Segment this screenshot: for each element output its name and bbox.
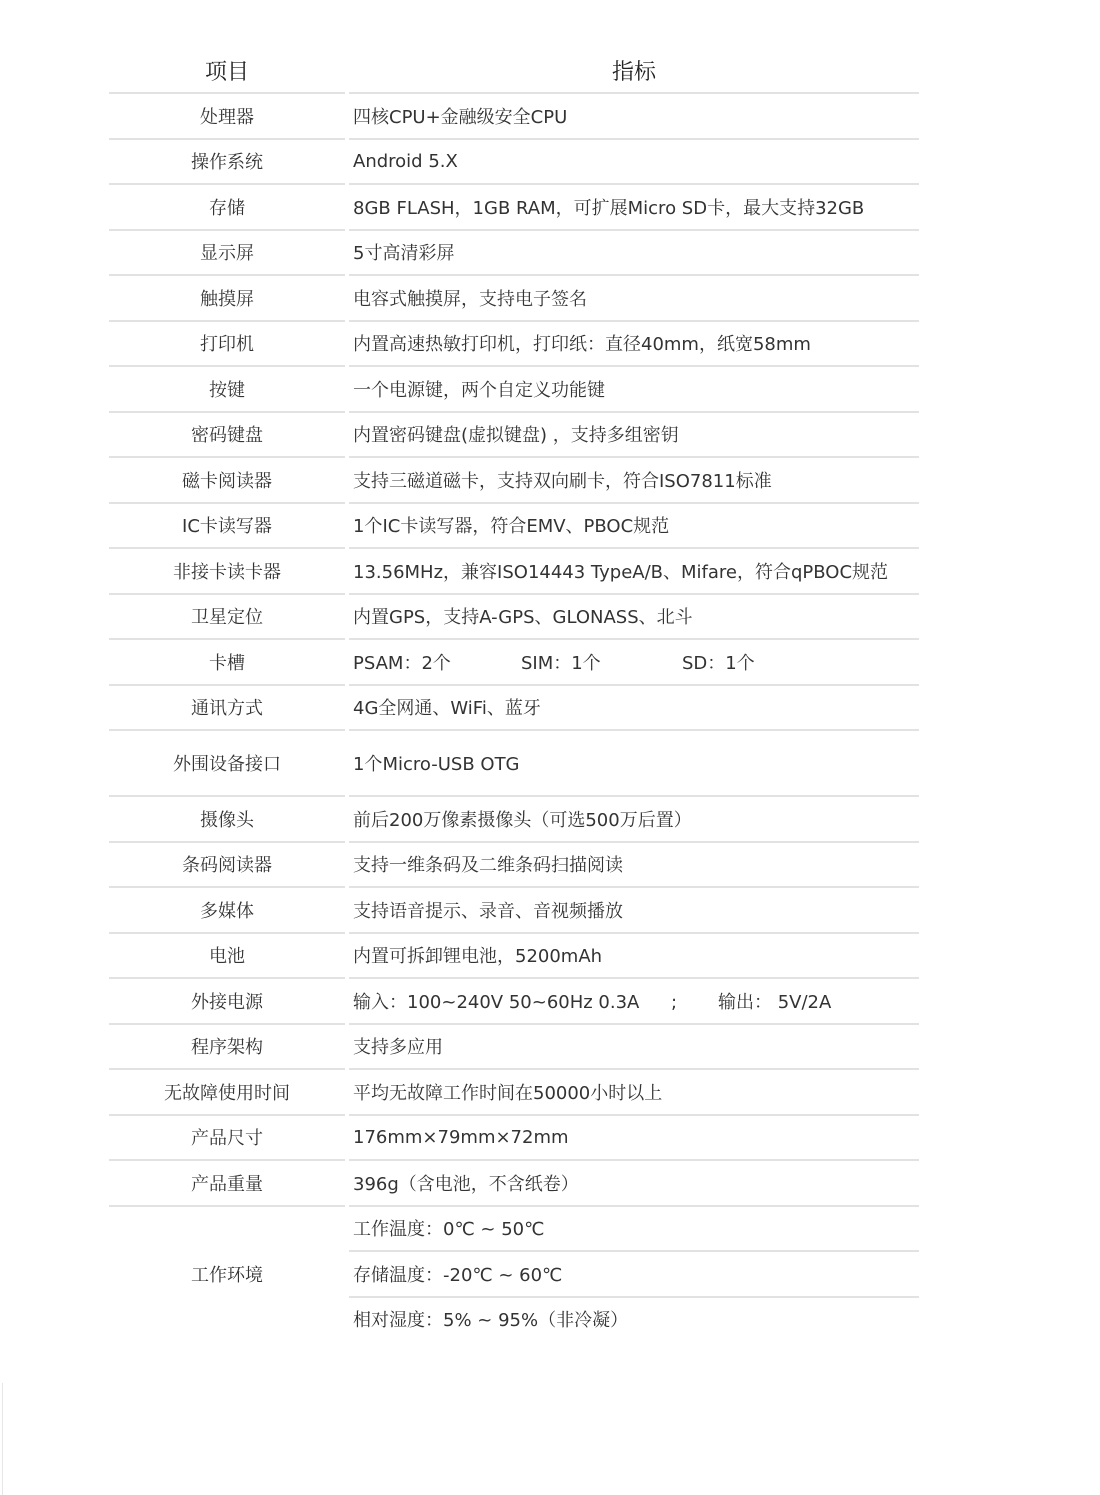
- slot-sim: SIM：1个: [521, 649, 682, 675]
- row-item-weight: 产品重量: [109, 1161, 345, 1207]
- row-value-keys: 一个电源键，两个自定义功能键: [349, 367, 919, 413]
- row-item-barcode: 条码阅读器: [109, 843, 345, 889]
- row-item-display: 显示屏: [109, 231, 345, 277]
- row-value-ic-reader: 1个IC卡读写器，符合EMV、PBOC规范: [349, 504, 919, 550]
- table-row: 卡槽 PSAM：2个SIM：1个SD：1个: [109, 640, 919, 686]
- row-value-dimensions: 176mm×79mm×72mm: [349, 1116, 919, 1162]
- row-item-storage: 存储: [109, 185, 345, 231]
- row-value-storage: 8GB FLASH，1GB RAM，可扩展Micro SD卡，最大支持32GB: [349, 185, 919, 231]
- row-value-pinpad: 内置密码键盘(虚拟键盘) ，支持多组密钥: [349, 413, 919, 459]
- row-value-architecture: 支持多应用: [349, 1025, 919, 1071]
- table-row: 存储 8GB FLASH，1GB RAM，可扩展Micro SD卡，最大支持32…: [109, 185, 919, 231]
- row-item-multimedia: 多媒体: [109, 888, 345, 934]
- power-output: 输出： 5V/2A: [718, 988, 831, 1014]
- row-value-communication: 4G全网通、WiFi、蓝牙: [349, 686, 919, 732]
- row-item-pinpad: 密码键盘: [109, 413, 345, 459]
- row-value-magstripe: 支持三磁道磁卡，支持双向刷卡，符合ISO7811标准: [349, 458, 919, 504]
- row-value-contactless: 13.56MHz，兼容ISO14443 TypeA/B、Mifare，符合qPB…: [349, 549, 919, 595]
- table-row: 程序架构 支持多应用: [109, 1025, 919, 1071]
- row-item-architecture: 程序架构: [109, 1025, 345, 1071]
- row-value-gnss: 内置GPS，支持A-GPS、GLONASS、北斗: [349, 595, 919, 641]
- table-row: 产品尺寸 176mm×79mm×72mm: [109, 1116, 919, 1162]
- row-value-os: Android 5.X: [349, 140, 919, 186]
- table-row: 操作系统 Android 5.X: [109, 140, 919, 186]
- row-value-card-slots: PSAM：2个SIM：1个SD：1个: [349, 640, 919, 686]
- table-row: 触摸屏 电容式触摸屏，支持电子签名: [109, 276, 919, 322]
- row-item-dimensions: 产品尺寸: [109, 1116, 345, 1162]
- row-value-display: 5寸高清彩屏: [349, 231, 919, 277]
- row-value-storage-temp: 存储温度：-20℃ ~ 60℃: [349, 1252, 919, 1298]
- table-row: 外围设备接口 1个Micro-USB OTG: [109, 731, 919, 797]
- row-item-os: 操作系统: [109, 140, 345, 186]
- row-item-power: 外接电源: [109, 979, 345, 1025]
- slot-psam: PSAM：2个: [353, 649, 521, 675]
- row-item-magstripe: 磁卡阅读器: [109, 458, 345, 504]
- table-row: 通讯方式 4G全网通、WiFi、蓝牙: [109, 686, 919, 732]
- spec-table: 项目 指标 处理器 四核CPU+金融级安全CPU 操作系统 Android 5.…: [109, 48, 919, 1341]
- row-item-peripheral: 外围设备接口: [109, 731, 345, 797]
- row-value-touchscreen: 电容式触摸屏，支持电子签名: [349, 276, 919, 322]
- table-row: 显示屏 5寸高清彩屏: [109, 231, 919, 277]
- row-item-card-slots: 卡槽: [109, 640, 345, 686]
- row-item-processor: 处理器: [109, 94, 345, 140]
- row-item-gnss: 卫星定位: [109, 595, 345, 641]
- table-row: 处理器 四核CPU+金融级安全CPU: [109, 94, 919, 140]
- row-item-printer: 打印机: [109, 322, 345, 368]
- row-item-contactless: 非接卡读卡器: [109, 549, 345, 595]
- row-value-power: 输入：100~240V 50~60Hz 0.3A;输出： 5V/2A: [349, 979, 919, 1025]
- row-value-battery: 内置可拆卸锂电池，5200mAh: [349, 934, 919, 980]
- row-item-ic-reader: IC卡读写器: [109, 504, 345, 550]
- row-value-camera: 前后200万像素摄像头（可选500万后置）: [349, 797, 919, 843]
- table-row: 打印机 内置高速热敏打印机，打印纸：直径40mm，纸宽58mm: [109, 322, 919, 368]
- row-value-barcode: 支持一维条码及二维条码扫描阅读: [349, 843, 919, 889]
- row-value-printer: 内置高速热敏打印机，打印纸：直径40mm，纸宽58mm: [349, 322, 919, 368]
- row-value-weight: 396g（含电池，不含纸卷）: [349, 1161, 919, 1207]
- table-row: 多媒体 支持语音提示、录音、音视频播放: [109, 888, 919, 934]
- row-item-keys: 按键: [109, 367, 345, 413]
- row-value-peripheral: 1个Micro-USB OTG: [349, 731, 919, 797]
- row-item-camera: 摄像头: [109, 797, 345, 843]
- power-input: 输入：100~240V 50~60Hz 0.3A: [353, 988, 671, 1014]
- row-value-processor: 四核CPU+金融级安全CPU: [349, 94, 919, 140]
- row-value-multimedia: 支持语音提示、录音、音视频播放: [349, 888, 919, 934]
- row-value-mtbf: 平均无故障工作时间在50000小时以上: [349, 1070, 919, 1116]
- table-row: 磁卡阅读器 支持三磁道磁卡，支持双向刷卡，符合ISO7811标准: [109, 458, 919, 504]
- row-value-humidity: 相对湿度：5% ~ 95%（非冷凝）: [349, 1298, 919, 1342]
- table-row: 密码键盘 内置密码键盘(虚拟键盘) ，支持多组密钥: [109, 413, 919, 459]
- header-value: 指标: [349, 48, 919, 94]
- row-item-touchscreen: 触摸屏: [109, 276, 345, 322]
- power-separator: ;: [671, 992, 718, 1013]
- row-item-battery: 电池: [109, 934, 345, 980]
- table-row: 电池 内置可拆卸锂电池，5200mAh: [109, 934, 919, 980]
- page-edge-divider: [2, 1383, 3, 1495]
- table-row: 条码阅读器 支持一维条码及二维条码扫描阅读: [109, 843, 919, 889]
- row-item-environment: 工作环境: [109, 1207, 345, 1342]
- table-row: 摄像头 前后200万像素摄像头（可选500万后置）: [109, 797, 919, 843]
- table-row: 工作环境 工作温度：0℃ ~ 50℃: [109, 1207, 919, 1253]
- table-row: 外接电源 输入：100~240V 50~60Hz 0.3A;输出： 5V/2A: [109, 979, 919, 1025]
- table-row: 无故障使用时间 平均无故障工作时间在50000小时以上: [109, 1070, 919, 1116]
- table-header-row: 项目 指标: [109, 48, 919, 94]
- row-item-communication: 通讯方式: [109, 686, 345, 732]
- table-row: 非接卡读卡器 13.56MHz，兼容ISO14443 TypeA/B、Mifar…: [109, 549, 919, 595]
- table-row: 卫星定位 内置GPS，支持A-GPS、GLONASS、北斗: [109, 595, 919, 641]
- table-row: 产品重量 396g（含电池，不含纸卷）: [109, 1161, 919, 1207]
- slot-sd: SD：1个: [682, 649, 755, 675]
- table-row: 按键 一个电源键，两个自定义功能键: [109, 367, 919, 413]
- table-row: IC卡读写器 1个IC卡读写器，符合EMV、PBOC规范: [109, 504, 919, 550]
- header-item: 项目: [109, 48, 345, 94]
- row-value-operating-temp: 工作温度：0℃ ~ 50℃: [349, 1207, 919, 1253]
- row-item-mtbf: 无故障使用时间: [109, 1070, 345, 1116]
